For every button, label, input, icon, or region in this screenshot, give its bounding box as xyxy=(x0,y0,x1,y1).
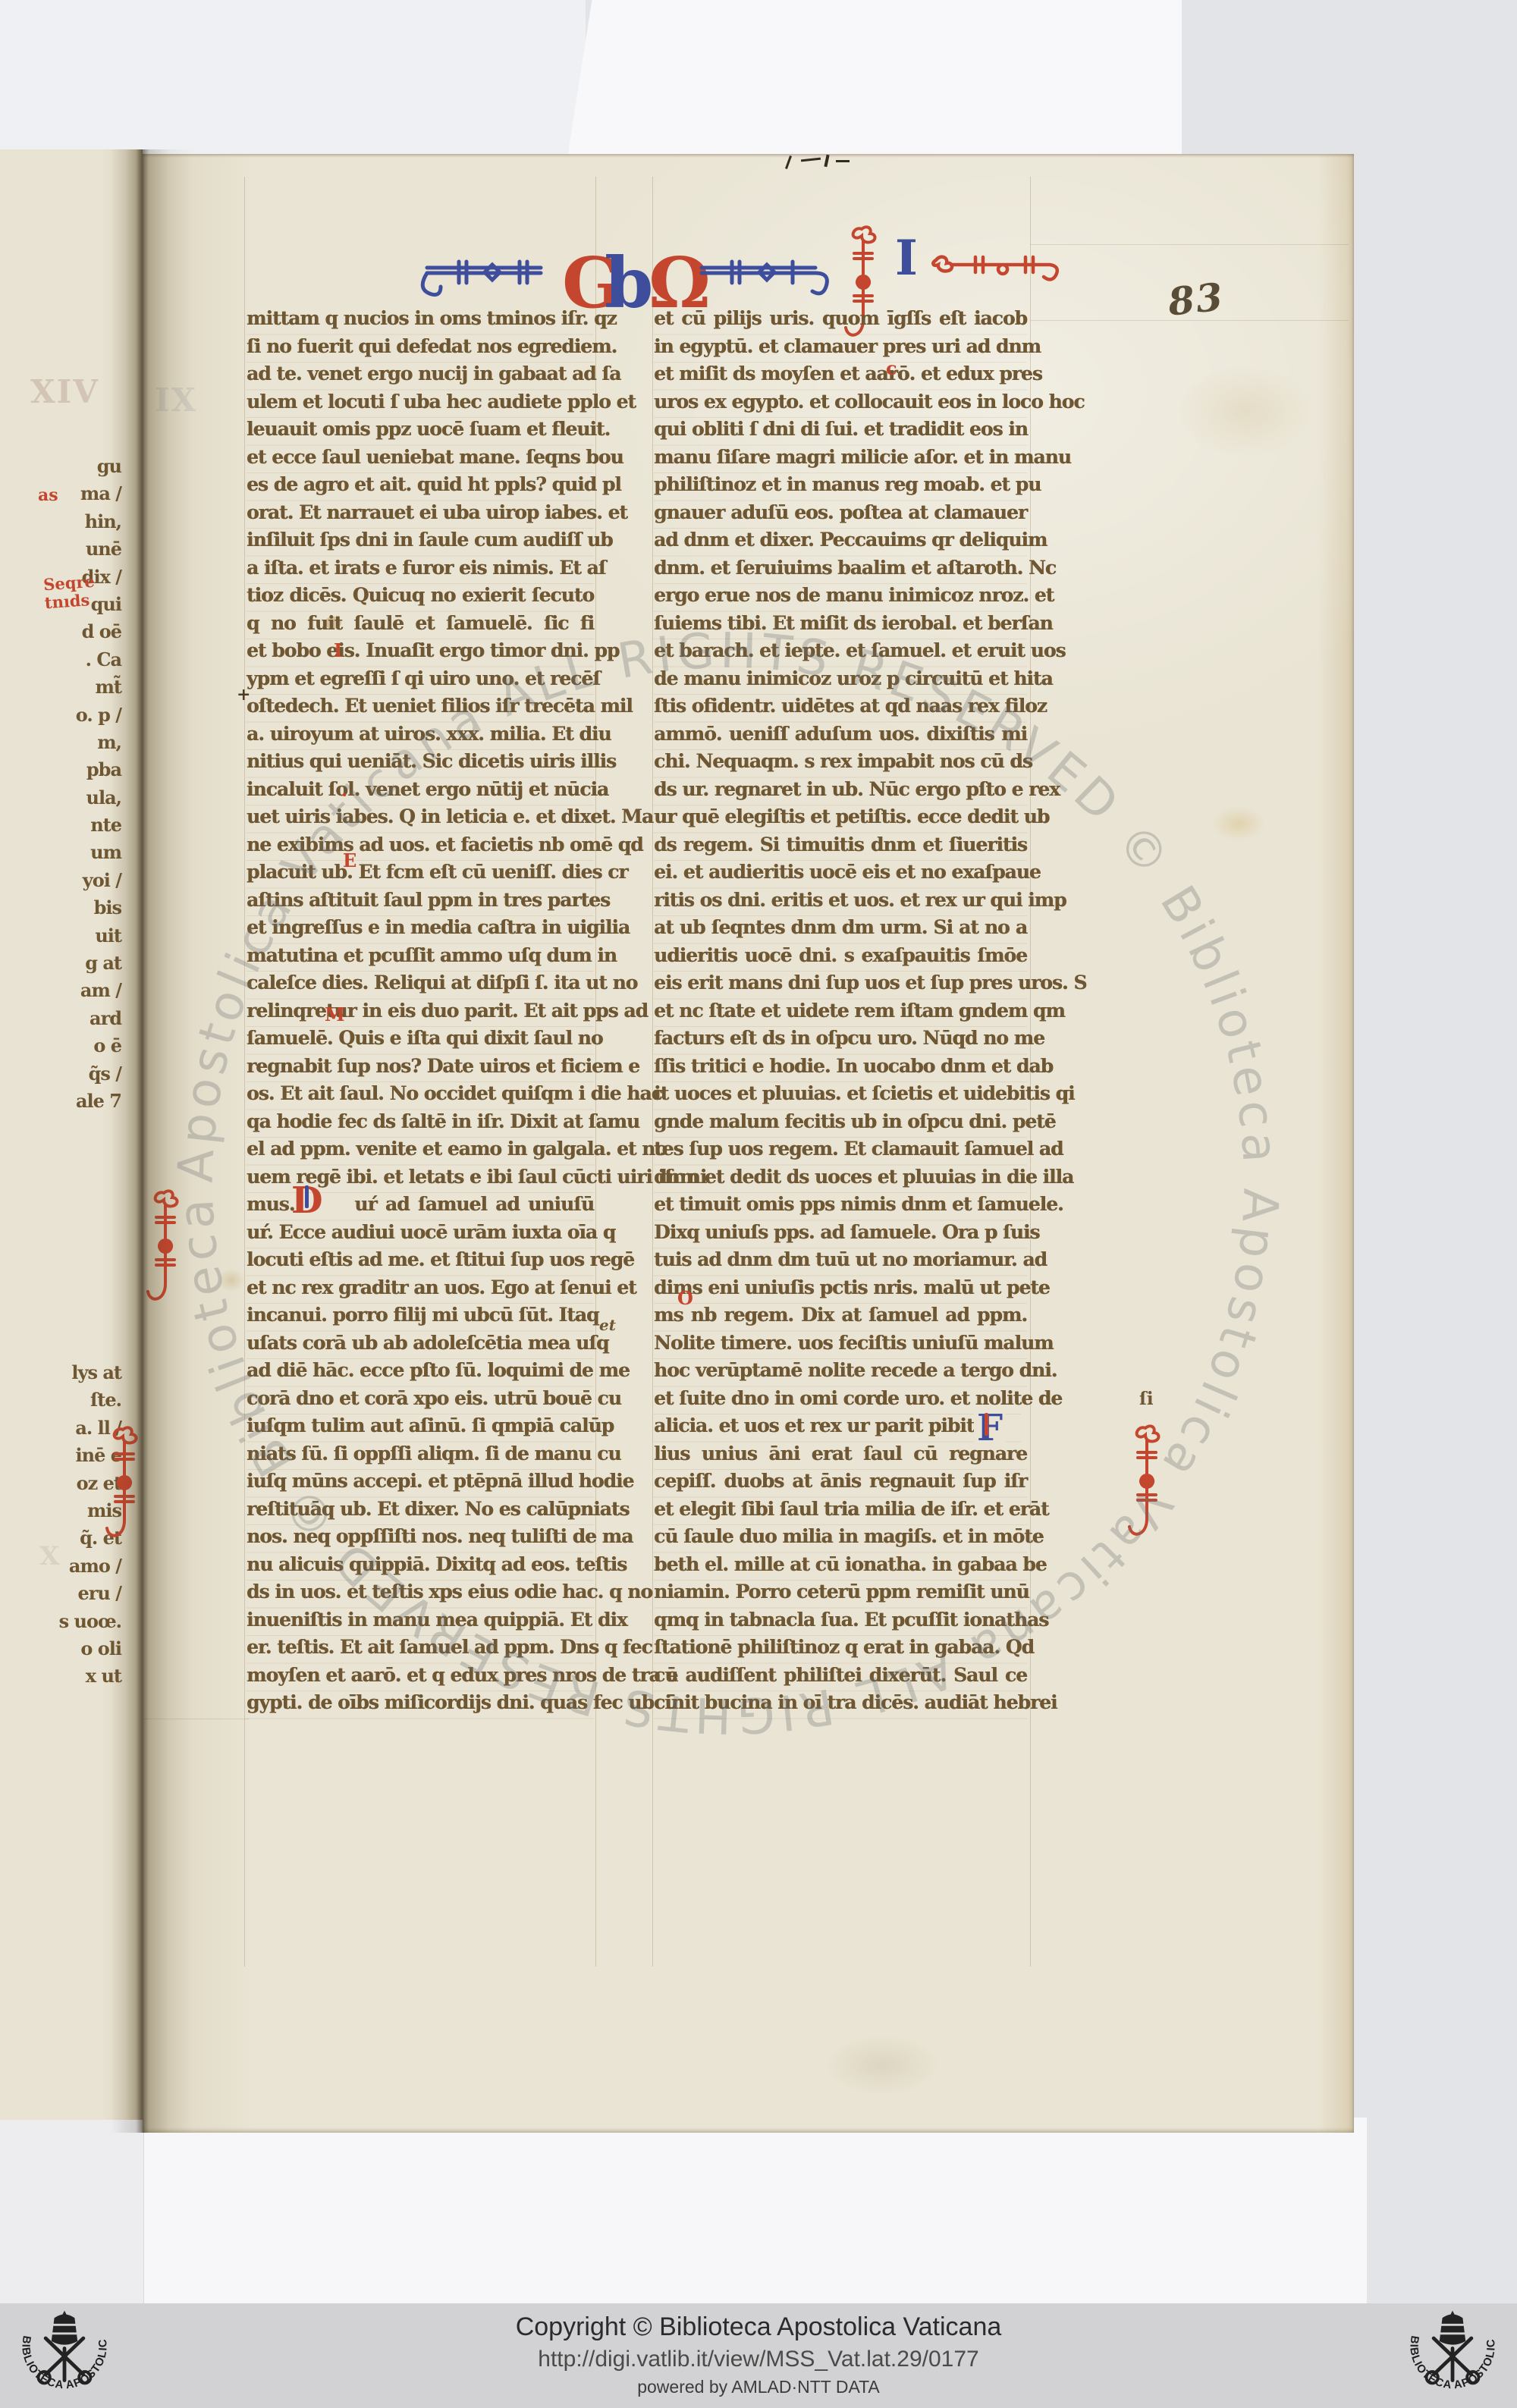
bleedthrough-letter: X xyxy=(39,1541,61,1571)
manuscript-line: ritis os dni. eritis et uos. et rex ur q… xyxy=(654,889,1027,917)
ruling-line-horizontal xyxy=(1030,244,1349,245)
rubric-word: as xyxy=(38,485,58,505)
manuscript-line: et barach. et iepte. et ſamuel. et eruit… xyxy=(654,639,1027,667)
manuscript-line: corā dno et corā xpo eis. utrū bouē cu xyxy=(247,1387,594,1415)
text-fragment: o ē xyxy=(0,1034,121,1062)
parchment-stain xyxy=(1212,806,1265,841)
marginal-text-lower: lys atſte.a. ll /inē eoz etmisq̃. etamo … xyxy=(0,1361,121,1693)
manuscript-line: ei. et audieritis uocē eis et no exaſpau… xyxy=(654,861,1027,889)
manuscript-line: gypti. de oībs miſicordijs dni. quas fec… xyxy=(247,1691,594,1719)
manuscript-line: a iſta. et irats e furor eis nimis. Et a… xyxy=(247,557,594,585)
manuscript-line: incaluit ſol. venet ergo nūtij et nūcia xyxy=(247,778,594,806)
manuscript-line: philiſtinoz et in manus reg moab. et pu xyxy=(654,473,1027,501)
text-fragment: m, xyxy=(0,731,121,758)
manuscript-line: Dixq uniuſs pps. ad ſamuele. Ora p ſuis xyxy=(654,1221,1027,1249)
manuscript-line: ne exibims ad uos. et facietis nb omē qd xyxy=(247,834,594,862)
footer-url: http://digi.vatlib.it/view/MSS_Vat.lat.2… xyxy=(0,2347,1517,2372)
red-touch: M xyxy=(325,1003,345,1025)
text-column-2: et cū pilijs uris. quom īgſſs eſt iacobi… xyxy=(654,307,1027,1719)
manuscript-line: a. uiroyum at uiros. xxx. milia. Et diu xyxy=(247,723,594,751)
manuscript-line: et elegit ſibi ſaul tria milia de iſr. e… xyxy=(654,1498,1027,1526)
penwork-flourish xyxy=(106,1424,143,1545)
text-fragment: uit xyxy=(0,925,121,952)
manuscript-line: nu alicuis quippiā. Dixitq ad eos. teſti… xyxy=(247,1553,594,1581)
chapter-initial-D: D xyxy=(291,1179,323,1222)
manuscript-line: qmq in tabnacla ſua. Et pcuſſit ionathas xyxy=(654,1609,1027,1637)
manuscript-line: uŕ. Ecce audiui uocē urām iuxta oīa q xyxy=(247,1221,594,1249)
manuscript-line: niamin. Porro ceterū ppm remiſit unū xyxy=(654,1581,1027,1609)
guard-sheet-top-left xyxy=(0,0,586,156)
manuscript-line: reſtituāq ub. Et dixer. No es calūpniats xyxy=(247,1498,594,1526)
manuscript-line: et bobo eis. Inuaſit ergo timor dni. pp xyxy=(247,639,594,667)
text-fragment: lys at xyxy=(0,1361,121,1389)
bleedthrough-numeral-main: IX xyxy=(155,381,197,419)
manuscript-line: mittam q nucios in oms tminos iſr. qz xyxy=(247,307,594,335)
manuscript-line: inueniſtis in manu mea quippiā. Et dix xyxy=(247,1609,594,1637)
manuscript-line: ms nb regem. Dix at ſamuel ad ppm. xyxy=(654,1304,1027,1332)
manuscript-line: et cū pilijs uris. quom īgſſs eſt iacob xyxy=(654,307,1027,335)
manuscript-line: ſamuelē. Quis e iſta qui dixit ſaul no xyxy=(247,1027,594,1055)
margin-cross: + xyxy=(237,685,250,705)
manuscript-line: et ſuite dno in omi corde uro. et nolite… xyxy=(654,1387,1027,1415)
manuscript-line: ſtis ofidentr. uidētes at qd naas rex fi… xyxy=(654,695,1027,723)
manuscript-line: uet uiris iabes. Q in leticia e. et dixe… xyxy=(247,805,594,834)
manuscript-line: ergo erue nos de manu inimicoz nroz. et xyxy=(654,584,1027,612)
manuscript-line: et miſit ds moyſen et aarō. et edux pres xyxy=(654,363,1027,391)
manuscript-line: ur quē elegiſtis et petiſtis. ecce dedit… xyxy=(654,805,1027,834)
manuscript-line: ſſis tritici e hodie. In uocabo dnm et d… xyxy=(654,1055,1027,1083)
red-touch: I xyxy=(334,639,342,661)
manuscript-line: cū audiſſent philiſtei dixerūt. Saul ce xyxy=(654,1664,1027,1692)
manuscript-line: tes ſup uos regem. Et clamauit ſamuel ad xyxy=(654,1138,1027,1166)
manuscript-line: gnde malum fecitis ub in oſpcu dni. petē xyxy=(654,1110,1027,1138)
folio-number: 83 xyxy=(1166,274,1226,324)
book-numeral: I xyxy=(895,230,918,287)
manuscript-line: et ecce ſaul ueniebat mane. ſeqns bou xyxy=(247,446,594,474)
manuscript-line: hoc verūptamē nolite recede a tergo dni. xyxy=(654,1359,1027,1387)
manuscript-line: cepiſſ. duobs at ānis regnauit ſup iſr xyxy=(654,1470,1027,1498)
manuscript-line: matutina et pcuſſit ammo uſq dum in xyxy=(247,944,594,972)
manuscript-page: GbΩ I 83 IX mittam q nucios in oms tmino… xyxy=(143,154,1354,2133)
text-column-1: mittam q nucios in oms tminos iſr. qzſi … xyxy=(247,307,594,1719)
vatican-library-logo: BIBLIOTECA APOSTOLICA VATICANA xyxy=(1402,2305,1503,2406)
red-touch: c xyxy=(886,357,897,379)
manuscript-line: at ub ſeqntes dnm dm urm. Si at no a xyxy=(654,916,1027,944)
text-fragment: nte xyxy=(0,814,121,841)
footer-bar: BIBLIOTECA APOSTOLICA VATICANA Copyright… xyxy=(0,2303,1517,2408)
manuscript-line: ſuiems tibi. Et miſit ds ierobal. et ber… xyxy=(654,612,1027,640)
red-touch: · xyxy=(341,783,347,805)
manuscript-line: alicia. et uos et rex ur parit pibitis. xyxy=(654,1414,1027,1443)
text-fragment: um xyxy=(0,841,121,868)
manuscript-line: orat. Et narrauet ei uba uirop iabes. et xyxy=(247,501,594,529)
manuscript-line: et nc ſtate et uidete rem iſtam gndem qm xyxy=(654,1000,1027,1028)
manuscript-line: inſiluit ſps dni in ſaule cum audiſſ ub xyxy=(247,529,594,557)
manuscript-line: q no fuit ſaulē et ſamuelē. ſic fi xyxy=(247,612,594,640)
rubric-note-line: tnıds xyxy=(44,591,96,613)
manuscript-line: moyſen et aarō. et q edux pres nros de t… xyxy=(247,1664,594,1692)
text-fragment: ula, xyxy=(0,786,121,814)
text-fragment: o. p / xyxy=(0,704,121,731)
manuscript-line: ſtationē philiſtinoz q erat in gabaa. Qd xyxy=(654,1636,1027,1664)
text-fragment: ſte. xyxy=(0,1389,121,1416)
manuscript-line: Nolite timere. uos feciſtis uniuſū malum xyxy=(654,1332,1027,1360)
manuscript-line: dnm. et ſeruiuims baalim et aſtaroth. Nc xyxy=(654,557,1027,585)
text-fragment: . Ca xyxy=(0,648,121,676)
manuscript-line: leuauit omis ppz uocē ſuam et fleuit. xyxy=(247,418,594,446)
manuscript-line: manu ſiſare magri milicie aſor. et in ma… xyxy=(654,446,1027,474)
text-fragment: am / xyxy=(0,979,121,1006)
rubric-note: Seqre tnıds xyxy=(42,573,96,613)
manuscript-line: ypm et egreſſi ſ qi uiro uno. et recēſ xyxy=(247,667,594,695)
manuscript-line: facturs eſt ds in oſpcu uro. Nūqd no me xyxy=(654,1027,1027,1055)
red-touch: E xyxy=(343,849,356,871)
text-fragment: unē xyxy=(0,538,121,565)
manuscript-line: oſtedech. Et ueniet filios iſr trecēta m… xyxy=(247,695,594,723)
papal-tiara-icon xyxy=(1440,2311,1465,2345)
penwork-flourish xyxy=(147,1187,184,1308)
text-fragment: mis xyxy=(0,1499,121,1527)
bleedthrough-numeral-left: XIV xyxy=(30,373,99,410)
manuscript-line: lius unius āni erat ſaul cū regnare xyxy=(654,1443,1027,1471)
footer-powered-by: powered by AMLAD·NTT DATA xyxy=(0,2377,1517,2397)
ruling-line-vertical xyxy=(244,177,245,1967)
text-fragment: s uoœ. xyxy=(0,1610,121,1637)
margin-annotation: et xyxy=(599,1316,616,1334)
manuscript-line: placuit ub. Et fcm eſt cū ueniſſ. dies c… xyxy=(247,861,594,889)
text-fragment: x ut xyxy=(0,1665,121,1692)
text-fragment: g at xyxy=(0,952,121,979)
manuscript-line: dnm et dedit ds uoces et pluuias in die … xyxy=(654,1166,1027,1194)
chapter-initial-F: F xyxy=(974,1407,1006,1449)
manuscript-line: udieritis uocē dni. s exaſpauitis ſmōe xyxy=(654,944,1027,972)
manuscript-line: ulem et locuti ſ uba hec audiete pplo et xyxy=(247,391,594,419)
text-fragment: oz et xyxy=(0,1472,121,1499)
manuscript-line: in egyptū. et clamauer pres uri ad dnm xyxy=(654,335,1027,363)
text-fragment: eru / xyxy=(0,1582,121,1609)
guard-sheet-top-right xyxy=(567,0,1182,158)
manuscript-line: ad te. venet ergo nucij in gabaat ad ſa xyxy=(247,363,594,391)
manuscript-line: cinit bucina in oī tra dicēs. audiāt heb… xyxy=(654,1691,1027,1719)
manuscript-line: caleſce dies. Reliqui at diſpſi ſ. ita u… xyxy=(247,972,594,1000)
manuscript-line: os. Et ait ſaul. No occidet quiſqm i die… xyxy=(247,1082,594,1110)
footer-copyright: Copyright © Biblioteca Apostolica Vatica… xyxy=(0,2312,1517,2342)
chapter-numeral-XIII xyxy=(1021,1409,1027,1450)
manuscript-line: et nc rex graditr an uos. Ego at ſenui e… xyxy=(247,1276,594,1304)
manuscript-line: ad diē hāc. ecce pſto ſū. loquimi de me xyxy=(247,1359,594,1387)
manuscript-line: nos. neq oppſſiſti nos. neq tuliſti de m… xyxy=(247,1525,594,1553)
manuscript-line: ammō. ueniſſ aduſum uos. dixiſtis mi xyxy=(654,723,1027,751)
catchword: ſi xyxy=(1139,1389,1154,1409)
manuscript-line: et ingreſſus e in media caſtra in uigili… xyxy=(247,916,594,944)
manuscript-line: ds in uos. et teſtis xps eius odie hac. … xyxy=(247,1581,594,1609)
text-fragment: yoi / xyxy=(0,869,121,896)
manuscript-line: iuſqm tulim aut aſinū. ſi qmpiā calūp xyxy=(247,1414,594,1443)
red-touch: O xyxy=(677,1287,693,1309)
manuscript-line: ad dnm et dixer. Peccauims qr deliquim xyxy=(654,529,1027,557)
manuscript-line: el ad ppm. venite et eamo in galgala. et… xyxy=(247,1138,594,1166)
manuscript-line: tuis ad dnm dm tuū ut no moriamur. ad xyxy=(654,1248,1027,1276)
numeral-letter: I xyxy=(895,230,918,287)
text-fragment: pba xyxy=(0,758,121,786)
text-fragment: d oē xyxy=(0,620,121,648)
manuscript-line: eis erit mans dni ſup uos et ſup pres ur… xyxy=(654,972,1027,1000)
parchment-stain xyxy=(218,1269,244,1292)
manuscript-line: et timuit omis pps nimis dnm et ſamuele. xyxy=(654,1193,1027,1221)
manuscript-line: niats ſū. ſi oppſſi aliqm. ſi de manu cu xyxy=(247,1443,594,1471)
trimmed-ink-marks xyxy=(781,154,865,174)
manuscript-line: beth el. mille at cū ionatha. in gabaa b… xyxy=(654,1553,1027,1581)
text-fragment: mt̃ xyxy=(0,676,121,703)
text-fragment: gu xyxy=(0,455,121,482)
manuscript-line: qa hodie fec ds ſaltē in iſr. Dixit at ſ… xyxy=(247,1110,594,1138)
text-fragment: o oli xyxy=(0,1637,121,1665)
manuscript-line: de manu inimicoz uroz p circuitū et hita xyxy=(654,667,1027,695)
manuscript-line: er. teſtis. Et ait ſamuel ad ppm. Dns q … xyxy=(247,1636,594,1664)
manuscript-line: chi. Nequaqm. s rex impabit nos cū ds xyxy=(654,750,1027,778)
initial-letter: F xyxy=(977,1407,1003,1449)
manuscript-line: gnauer aduſū eos. poſtea at clamauer xyxy=(654,501,1027,529)
manuscript-line: cū ſaule duo milia in magiſs. et in mōte xyxy=(654,1525,1027,1553)
marginal-text-upper: guma /hin,unēdix /quid oē. Camt̃o. p /m,… xyxy=(0,455,121,1117)
penwork-flourish xyxy=(1129,1422,1165,1543)
manuscript-line: qui obliti ſ dni di ſui. et tradidit eos… xyxy=(654,418,1027,446)
parchment-smudge xyxy=(825,2035,939,2096)
manuscript-line: nitius qui ueniāt. Sic dicetis uiris ill… xyxy=(247,750,594,778)
manuscript-line: iuſq mūns accepi. et ptēpnā illud hodie xyxy=(247,1470,594,1498)
manuscript-line: locuti eſtis ad me. et ſtitui ſup uos re… xyxy=(247,1248,594,1276)
manuscript-line: ſi no fuerit qui defedat nos egrediem. xyxy=(247,335,594,363)
manuscript-line: regnabit ſup nos? Date uiros et ficiem e xyxy=(247,1055,594,1083)
manuscript-line: it uoces et pluuias. et ſcietis et uideb… xyxy=(654,1082,1027,1110)
footer-text: Copyright © Biblioteca Apostolica Vatica… xyxy=(0,2303,1517,2397)
manuscript-line: uſats corā ub ab adoleſcētia mea uſq xyxy=(247,1332,594,1360)
guard-sheet-bottom-left xyxy=(0,2118,144,2304)
manuscript-line: es de agro et ait. quid ht ppls? quid pl xyxy=(247,473,594,501)
initial-bar xyxy=(985,1413,988,1436)
manuscript-line: aſtins aſtituit ſaul ppm in tres partes xyxy=(247,889,594,917)
facing-page-edge: XIV guma /hin,unēdix /quid oē. Camt̃o. p… xyxy=(0,149,143,2120)
text-fragment: inē e xyxy=(0,1444,121,1471)
text-fragment: a. ll / xyxy=(0,1417,121,1444)
manuscript-line: incanui. porro filij mi ubcū ſūt. Itaq xyxy=(247,1304,594,1332)
penwork-dashes xyxy=(930,243,1063,304)
text-fragment: ale 7 xyxy=(0,1090,121,1117)
manuscript-line: ds ur. regnaret in ub. Nūc ergo pſto e r… xyxy=(654,778,1027,806)
initial-bar xyxy=(305,1185,309,1208)
ruling-line-horizontal xyxy=(143,1719,249,1719)
text-fragment: bis xyxy=(0,896,121,924)
manuscript-line: dims eni uniuſis pctis nris. malū ut pet… xyxy=(654,1276,1027,1304)
text-fragment: ma / xyxy=(0,482,121,510)
text-fragment: hin, xyxy=(0,510,121,538)
text-fragment: q̃s / xyxy=(0,1063,121,1090)
manuscript-line: tioz dicēs. Quicuq no exierit ſecuto xyxy=(247,584,594,612)
manuscript-line: uros ex egypto. et collocauit eos in loc… xyxy=(654,391,1027,419)
text-fragment: ard xyxy=(0,1007,121,1034)
manuscript-line: relinqretur in eis duo parit. Et ait pps… xyxy=(247,1000,594,1028)
guard-sheet-bottom xyxy=(0,2118,1367,2304)
manuscript-line: ds regem. Si timuitis dnm et ſiueritis xyxy=(654,834,1027,862)
